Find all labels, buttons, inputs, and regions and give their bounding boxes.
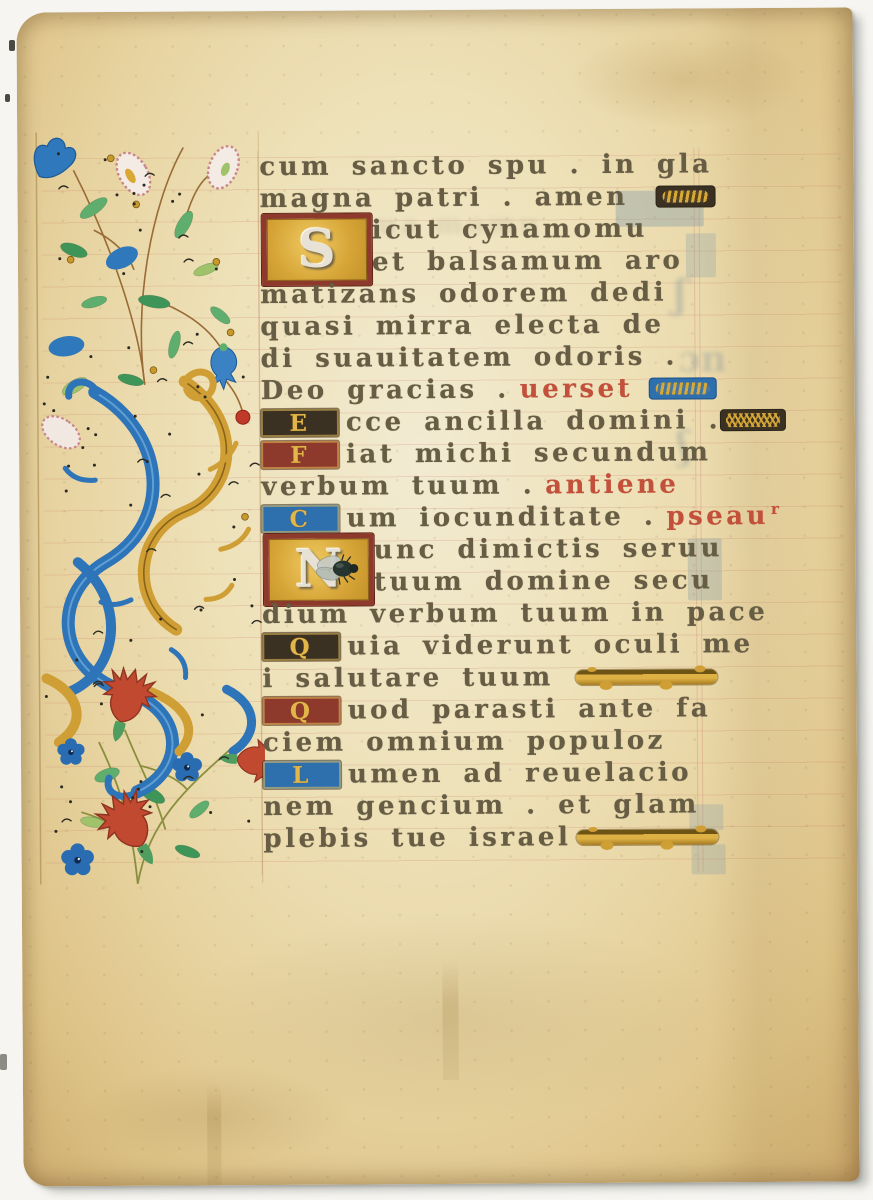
illuminated-initial-Q: Q xyxy=(263,697,341,725)
text-line: matizans odorem dedi xyxy=(260,276,715,311)
body-text: Deo gracias . xyxy=(261,375,510,407)
rubric-text: antiene xyxy=(545,470,679,501)
text-line: cum sancto spu . in gla xyxy=(259,148,714,183)
text-line: ciem omnium populoz xyxy=(263,724,718,759)
illuminated-initial-L: L xyxy=(263,761,341,789)
rubric-text: uerset xyxy=(520,374,634,405)
body-text: umen ad reuelacio xyxy=(348,757,692,789)
body-text: verbum tuum . xyxy=(261,470,535,502)
body-text: unc dimictis seruu xyxy=(374,533,723,565)
pink-blossom xyxy=(202,142,245,194)
text-line: Ecce ancilla domini . xyxy=(261,404,716,439)
manuscript-leaf: icut cua momu ʃ ɔn ʃ xyxy=(16,7,859,1186)
body-text: um iocunditate . xyxy=(346,502,656,534)
body-text: iat michi secundum xyxy=(346,437,711,469)
rubric-text: r xyxy=(771,500,783,518)
text-line: Cum iocunditate .pseaur xyxy=(261,500,716,535)
rubric-text: pseau xyxy=(666,501,769,532)
text-line: i salutare tuum xyxy=(262,660,717,695)
blue-tulip-flower xyxy=(34,138,76,178)
scanned-manuscript-page: icut cua momu ʃ ɔn ʃ xyxy=(0,0,873,1200)
blue-bud-leaf xyxy=(47,334,86,359)
line-filler-gold-squiggle-on-dark xyxy=(721,410,785,430)
body-text: cum sancto spu . in gla xyxy=(259,149,712,182)
text-line: plebis tue israel xyxy=(263,820,718,855)
illuminated-initial-F: F xyxy=(261,441,339,469)
text-line: di suauitatem odoris . xyxy=(260,340,715,375)
text-line: magna patri . amen xyxy=(259,180,714,215)
text-line: Deo gracias .uerset xyxy=(261,372,716,407)
blue-violet xyxy=(61,843,94,875)
body-text: di suauitatem odoris . xyxy=(260,342,678,375)
body-text: tuum domine secu xyxy=(374,565,714,597)
body-text: dium verbum tuum in pace xyxy=(262,597,768,630)
body-text: matizans odorem dedi xyxy=(260,278,667,310)
text-line: Quod parasti ante fa xyxy=(263,692,718,727)
line-filler-gold-feather-on-dark xyxy=(656,186,714,206)
illuminated-border xyxy=(33,129,266,886)
line-filler-gold-feather-on-blue xyxy=(650,378,716,398)
border-artwork xyxy=(33,129,266,886)
illuminated-initial-Q: Q xyxy=(262,633,340,661)
text-line: Lumen ad reuelacio xyxy=(263,756,718,791)
text-line: verbum tuum .antiene xyxy=(261,468,716,503)
text-line: quasi mirra electa de xyxy=(260,308,715,343)
line-filler-gold-branch xyxy=(576,829,718,845)
text-line: nem gencium . et glam xyxy=(263,788,718,823)
text-line: Quia viderunt oculi me xyxy=(262,628,717,663)
text-line: et balsamum aro xyxy=(260,244,715,279)
body-text: cce ancilla domini . xyxy=(346,405,721,437)
scan-edge-mark xyxy=(9,40,15,51)
text-line: tuum domine secu xyxy=(262,564,717,599)
red-berry xyxy=(236,410,250,424)
scan-edge-mark xyxy=(0,1054,7,1070)
text-line: Fiat michi secundum xyxy=(261,436,716,471)
body-text: nem gencium . et glam xyxy=(263,789,700,822)
body-text: uia viderunt oculi me xyxy=(347,629,754,661)
line-filler-gold-branch xyxy=(575,669,717,685)
body-text: quasi mirra electa de xyxy=(260,310,664,342)
text-line: dium verbum tuum in pace xyxy=(262,596,717,631)
stain-drip xyxy=(442,960,459,1080)
text-block: cum sancto spu . in glamagna patri . ame… xyxy=(259,148,718,867)
body-text: magna patri . amen xyxy=(259,182,628,214)
body-text: et balsamum aro xyxy=(372,245,684,277)
body-text: icut cynamomu xyxy=(372,214,648,246)
body-text: ciem omnium populoz xyxy=(263,726,666,758)
stain-drip xyxy=(207,1081,222,1185)
scan-edge-mark xyxy=(5,94,10,102)
illuminated-initial-C: C xyxy=(261,505,339,533)
body-text: plebis tue israel xyxy=(263,822,571,854)
illuminated-initial-E: E xyxy=(261,409,339,437)
body-text: uod parasti ante fa xyxy=(348,693,712,725)
body-text: i salutare tuum xyxy=(262,662,553,694)
pink-blossom xyxy=(36,409,86,455)
